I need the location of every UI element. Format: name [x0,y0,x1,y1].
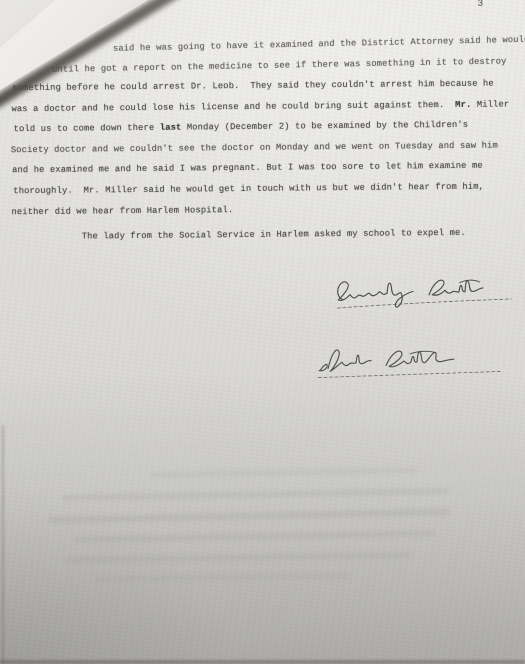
scanned-document-page: 3 said he was going to have it examined … [0,0,525,664]
signature-marle-smith-drawing [314,339,505,382]
statement-line: and he examined me and he said I was pre… [12,161,483,177]
statement-line: was a doctor and he could lose his licen… [11,99,509,115]
signature-gwendolyn-smith [332,269,515,313]
statement-line: neither did we hear from Harlem Hospital… [11,205,233,218]
statement-line: The lady from the Social Service in Harl… [82,228,466,243]
statement-line: Society doctor and we couldn't see the d… [11,141,498,157]
statement-line: something before he could arrest Dr. Leo… [12,79,494,95]
statement-line: thoroughly. Mr. Miller said he would get… [13,182,484,198]
typewritten-statement: 3 said he was going to have it examined … [0,0,525,664]
statement-line: told us to come down there last Monday (… [14,120,469,135]
page-bottom-edge-shadow [0,660,525,664]
statement-line: until he got a report on the medicine to… [52,56,507,75]
page-number: 3 [477,0,483,9]
statement-line: said he was going to have it examined an… [113,35,525,55]
signature-gwendolyn-smith-drawing [332,269,515,313]
signature-marle-smith [314,339,505,382]
page-left-edge-shadow [2,425,4,664]
